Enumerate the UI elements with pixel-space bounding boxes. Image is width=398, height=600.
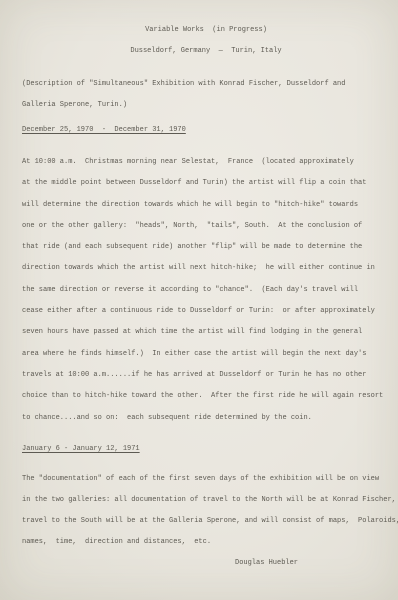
document-subtitle: Dusseldorf, Germany — Turin, Italy xyxy=(22,41,390,62)
document-title: Variable Works (in Progress) xyxy=(22,20,390,41)
date-heading-december: December 25, 1970 - December 31, 1970 xyxy=(22,120,398,141)
date-heading-january: January 6 - January 12, 1971 xyxy=(22,439,398,460)
document-page: Variable Works (in Progress) Dusseldorf,… xyxy=(0,0,398,600)
exhibition-description: (Description of "Simultaneous" Exhibitio… xyxy=(22,74,398,116)
paragraph-january: The "documentation" of each of the first… xyxy=(22,469,398,553)
paragraph-december: At 10:00 a.m. Christmas morning near Sel… xyxy=(22,152,398,429)
signature: Douglas Huebler xyxy=(235,553,398,574)
